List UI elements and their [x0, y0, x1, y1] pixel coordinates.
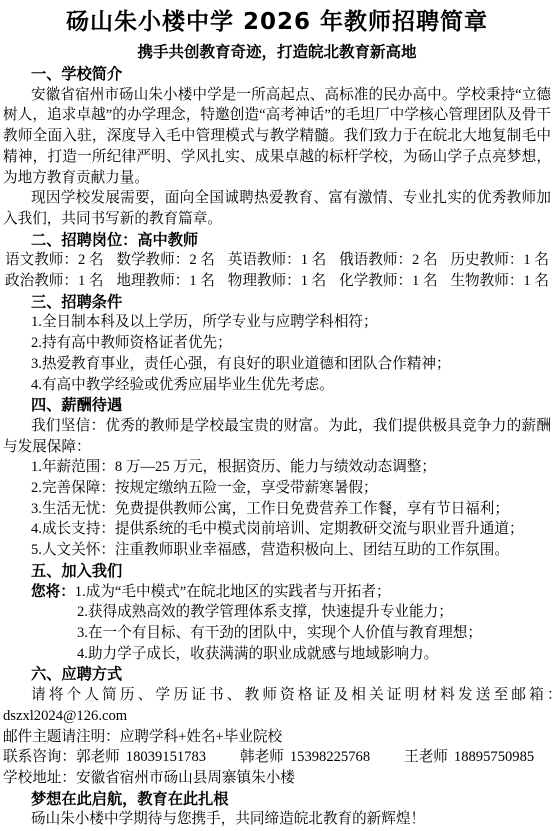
join-us-item-1: 1.成为“毛中模式”在皖北地区的实践者与开拓者；	[75, 584, 391, 600]
join-us-item-3: 3.在一个有目标、有干劲的团队中，实现个人价值与教育理想；	[3, 623, 551, 644]
salary-item-1: 1.年薪范围：8 万—25 万元，根据资历、能力与绩效动态调整；	[3, 457, 551, 478]
school-intro-paragraph-2: 现因学校发展需要，面向全国诚聘热爱教育、富有激情、专业扎实的优秀教师加入我们，共…	[3, 188, 551, 229]
positions-row-2: 政治教师：1 名 地理教师：1 名 物理教师：1 名 化学教师：1 名 生物教师…	[3, 271, 551, 292]
salary-item-3: 3.生活无忧：免费提供教师公寓，工作日免费营养工作餐，享有节日福利；	[3, 499, 551, 520]
position-physics: 物理教师：1 名	[228, 271, 327, 292]
contact-person-han: 韩老师15398225768	[240, 749, 370, 765]
contact-label: 联系咨询：	[3, 749, 76, 765]
join-us-item-4: 4.助力学子成长，收获满满的职业成就感与地域影响力。	[3, 644, 551, 665]
contact-person-wang: 王老师18895750985	[404, 749, 534, 765]
position-math: 数学教师：2 名	[116, 250, 215, 271]
closing-slogan: 梦想在此启航，教育在此扎根	[3, 789, 551, 810]
page-subtitle: 携手共创教育奇迹，打造皖北教育新高地	[3, 40, 551, 64]
position-biology: 生物教师：1 名	[450, 271, 549, 292]
position-english: 英语教师：1 名	[228, 250, 327, 271]
section-heading-join-us: 五、加入我们	[3, 561, 551, 582]
position-chinese: 语文教师：2 名	[5, 250, 104, 271]
email-subject-note: 邮件主题请注明：应聘学科+姓名+毕业院校	[3, 727, 551, 748]
school-address: 学校地址：安徽省宿州市砀山县周寨镇朱小楼	[3, 768, 551, 789]
section-heading-apply: 六、应聘方式	[3, 664, 551, 685]
section-heading-requirements: 三、招聘条件	[3, 292, 551, 313]
join-us-item-2: 2.获得成熟高效的教学管理体系支撑，快速提升专业能力；	[3, 602, 551, 623]
page-title: 砀山朱小楼中学 2026 年教师招聘简章	[3, 4, 551, 40]
contact-phone: 18039151783	[126, 749, 206, 765]
contact-name: 韩老师	[240, 749, 284, 765]
section-heading-salary: 四、薪酬待遇	[3, 395, 551, 416]
recruitment-notice-document: 砀山朱小楼中学 2026 年教师招聘简章 携手共创教育奇迹，打造皖北教育新高地 …	[0, 0, 554, 830]
position-russian: 俄语教师：2 名	[339, 250, 438, 271]
requirement-item-2: 2.持有高中教师资格证者优先；	[3, 333, 551, 354]
salary-item-5: 5.人文关怀：注重教师职业幸福感，营造积极向上、团结互助的工作氛围。	[3, 540, 551, 561]
position-politics: 政治教师：1 名	[5, 271, 104, 292]
section-heading-school-intro: 一、学校简介	[3, 64, 551, 85]
contact-phone: 15398225768	[290, 749, 370, 765]
position-geography: 地理教师：1 名	[116, 271, 215, 292]
join-us-lead-label: 您将：	[31, 583, 75, 600]
contact-person-guo: 郭老师18039151783	[76, 749, 206, 765]
join-us-lead-line: 您将：1.成为“毛中模式”在皖北地区的实践者与开拓者；	[3, 582, 551, 603]
salary-item-4: 4.成长支持：提供系统的毛中模式岗前培训、定期教研交流与职业晋升通道；	[3, 519, 551, 540]
contact-phone: 18895750985	[454, 749, 534, 765]
requirement-item-1: 1.全日制本科及以上学历，所学专业与应聘学科相符；	[3, 312, 551, 333]
apply-email: dszxl2024@126.com	[3, 706, 551, 727]
salary-intro-paragraph: 我们坚信：优秀的教师是学校最宝贵的财富。为此，我们提供极具竞争力的薪酬与发展保障…	[3, 416, 551, 457]
contact-line: 联系咨询：郭老师18039151783韩老师15398225768王老师1889…	[3, 747, 551, 768]
school-intro-paragraph-1: 安徽省宿州市砀山朱小楼中学是一所高起点、高标准的民办高中。学校秉持“立德树人，追…	[3, 85, 551, 189]
requirement-item-3: 3.热爱教育事业，责任心强，有良好的职业道德和团队合作精神；	[3, 354, 551, 375]
requirement-item-4: 4.有高中教学经验或优秀应届毕业生优先考虑。	[3, 375, 551, 396]
section-heading-positions: 二、招聘岗位：高中教师	[3, 230, 551, 251]
position-history: 历史教师：1 名	[450, 250, 549, 271]
contact-name: 郭老师	[76, 749, 120, 765]
closing-line: 砀山朱小楼中学期待与您携手，共同缔造皖北教育的新辉煌！	[3, 809, 551, 830]
salary-item-2: 2.完善保障：按规定缴纳五险一金，享受带薪寒暑假；	[3, 478, 551, 499]
positions-row-1: 语文教师：2 名 数学教师：2 名 英语教师：1 名 俄语教师：2 名 历史教师…	[3, 250, 551, 271]
contact-name: 王老师	[404, 749, 448, 765]
position-chemistry: 化学教师：1 名	[339, 271, 438, 292]
apply-request-line: 请将个人简历、学历证书、教师资格证及相关证明材料发送至邮箱：	[3, 685, 551, 706]
